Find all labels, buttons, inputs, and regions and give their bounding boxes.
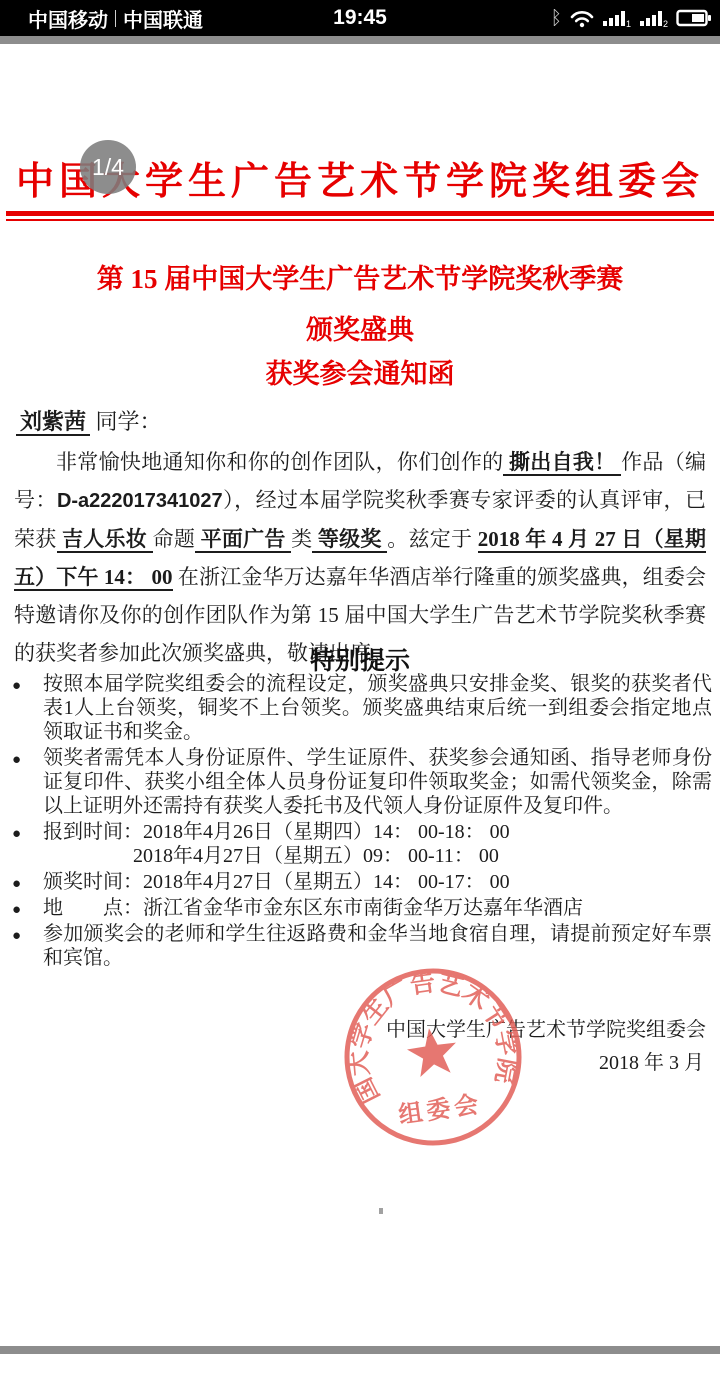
signal-icon-sim2: 2 <box>639 8 669 28</box>
list-item: ●领奖者需凭本人身份证原件、学生证原件、获奖参会通知函、指导老师身份证复印件、获… <box>10 746 712 818</box>
list-item: ●地 点：浙江省金华市金东区东市南街金华万达嘉年华酒店 <box>10 896 712 920</box>
bullet-line: 颁奖时间：2018年4月27日（星期五）14： 00-17： 00 <box>43 870 712 894</box>
status-icons: ᛒ 1 2 <box>551 0 712 36</box>
paragraph-segment: 非常愉快地通知你和你的创作团队，你们创作的 <box>56 450 503 474</box>
signal-icon-sim1: 1 <box>602 8 632 28</box>
paragraph-segment: 类 <box>291 527 312 551</box>
bullet-icon: ● <box>12 822 21 846</box>
page-indicator-badge: 1/4 <box>80 140 136 194</box>
bullet-icon: ● <box>12 898 21 922</box>
paragraph-segment: D-a222017341027 <box>57 490 223 512</box>
bullet-line: 按照本届学院奖组委会的流程设定，颁奖盛典只安排金奖、银奖的获奖者代表1人上台领奖… <box>43 672 712 744</box>
bullet-line: 参加颁奖会的老师和学生往返路费和金华当地食宿自理，请提前预定好车票和宾馆。 <box>43 922 712 970</box>
seal-ring-text: 中国大学生广告艺术节学院奖 <box>326 950 527 1112</box>
paragraph-segment: 撕出自我！ <box>503 450 621 476</box>
bullet-line: 地 点：浙江省金华市金东区东市南街金华万达嘉年华酒店 <box>43 896 712 920</box>
bluetooth-icon: ᛒ <box>551 9 562 28</box>
top-page-edge <box>0 36 720 44</box>
salutation-suffix: 同学： <box>96 409 162 434</box>
paragraph-segment: 平面广告 <box>195 527 291 553</box>
bullet-icon: ● <box>12 748 21 772</box>
list-item: ●颁奖时间：2018年4月27日（星期五）14： 00-17： 00 <box>10 870 712 894</box>
bullet-line: 2018年4月27日（星期五）09： 00-11： 00 <box>43 844 712 868</box>
paragraph-segment: 等级奖 <box>312 527 387 553</box>
doc-heading-line2: 颁奖盛典 <box>0 313 720 347</box>
letterhead-divider <box>6 211 714 221</box>
bullet-line: 领奖者需凭本人身份证原件、学生证原件、获奖参会通知函、指导老师身份证复印件、获奖… <box>43 746 712 818</box>
sim2-number: 2 <box>663 19 668 28</box>
list-item: ●报到时间：2018年4月26日（星期四）14： 00-18： 002018年4… <box>10 820 712 868</box>
battery-icon <box>676 8 712 28</box>
doc-heading-line1: 第 15 届中国大学生广告艺术节学院奖秋季赛 <box>0 262 720 296</box>
paragraph-segment: 。兹定于 <box>387 527 478 551</box>
bullet-icon: ● <box>12 674 21 698</box>
bullet-line: 报到时间：2018年4月26日（星期四）14： 00-18： 00 <box>43 820 712 844</box>
page-artifact-dot <box>379 1208 383 1214</box>
recipient-name: 刘紫茜 <box>16 409 90 436</box>
phone-screen: 中国移动 中国联通 19:45 ᛒ 1 <box>0 0 720 1373</box>
paragraph-segment: 命题 <box>153 527 196 551</box>
seal-bottom-text: 组委会 <box>397 1090 484 1129</box>
salutation: 刘紫茜 同学： <box>16 405 162 436</box>
sim1-number: 1 <box>626 19 631 28</box>
paragraph-segment: 吉人乐妆 <box>57 527 153 553</box>
bullet-icon: ● <box>12 872 21 896</box>
seal-star-icon <box>405 1025 460 1078</box>
status-bar: 中国移动 中国联通 19:45 ᛒ 1 <box>0 0 720 36</box>
notice-list: ●按照本届学院奖组委会的流程设定，颁奖盛典只安排金奖、银奖的获奖者代表1人上台领… <box>10 672 712 972</box>
official-seal: 中国大学生广告艺术节学院奖 组委会 <box>326 950 541 1165</box>
list-item: ●参加颁奖会的老师和学生往返路费和金华当地食宿自理，请提前预定好车票和宾馆。 <box>10 922 712 970</box>
list-item: ●按照本届学院奖组委会的流程设定，颁奖盛典只安排金奖、银奖的获奖者代表1人上台领… <box>10 672 712 744</box>
body-paragraph: 非常愉快地通知你和你的创作团队，你们创作的 撕出自我！ 作品（编号：D-a222… <box>14 443 706 672</box>
bottom-page-edge <box>0 1346 720 1354</box>
signature-date: 2018 年 3 月 <box>599 1046 704 1075</box>
svg-text:中国大学生广告艺术节学院奖: 中国大学生广告艺术节学院奖 <box>326 950 527 1112</box>
wifi-icon <box>569 8 595 28</box>
bullet-icon: ● <box>12 924 21 948</box>
doc-heading-line3: 获奖参会通知函 <box>0 357 720 391</box>
